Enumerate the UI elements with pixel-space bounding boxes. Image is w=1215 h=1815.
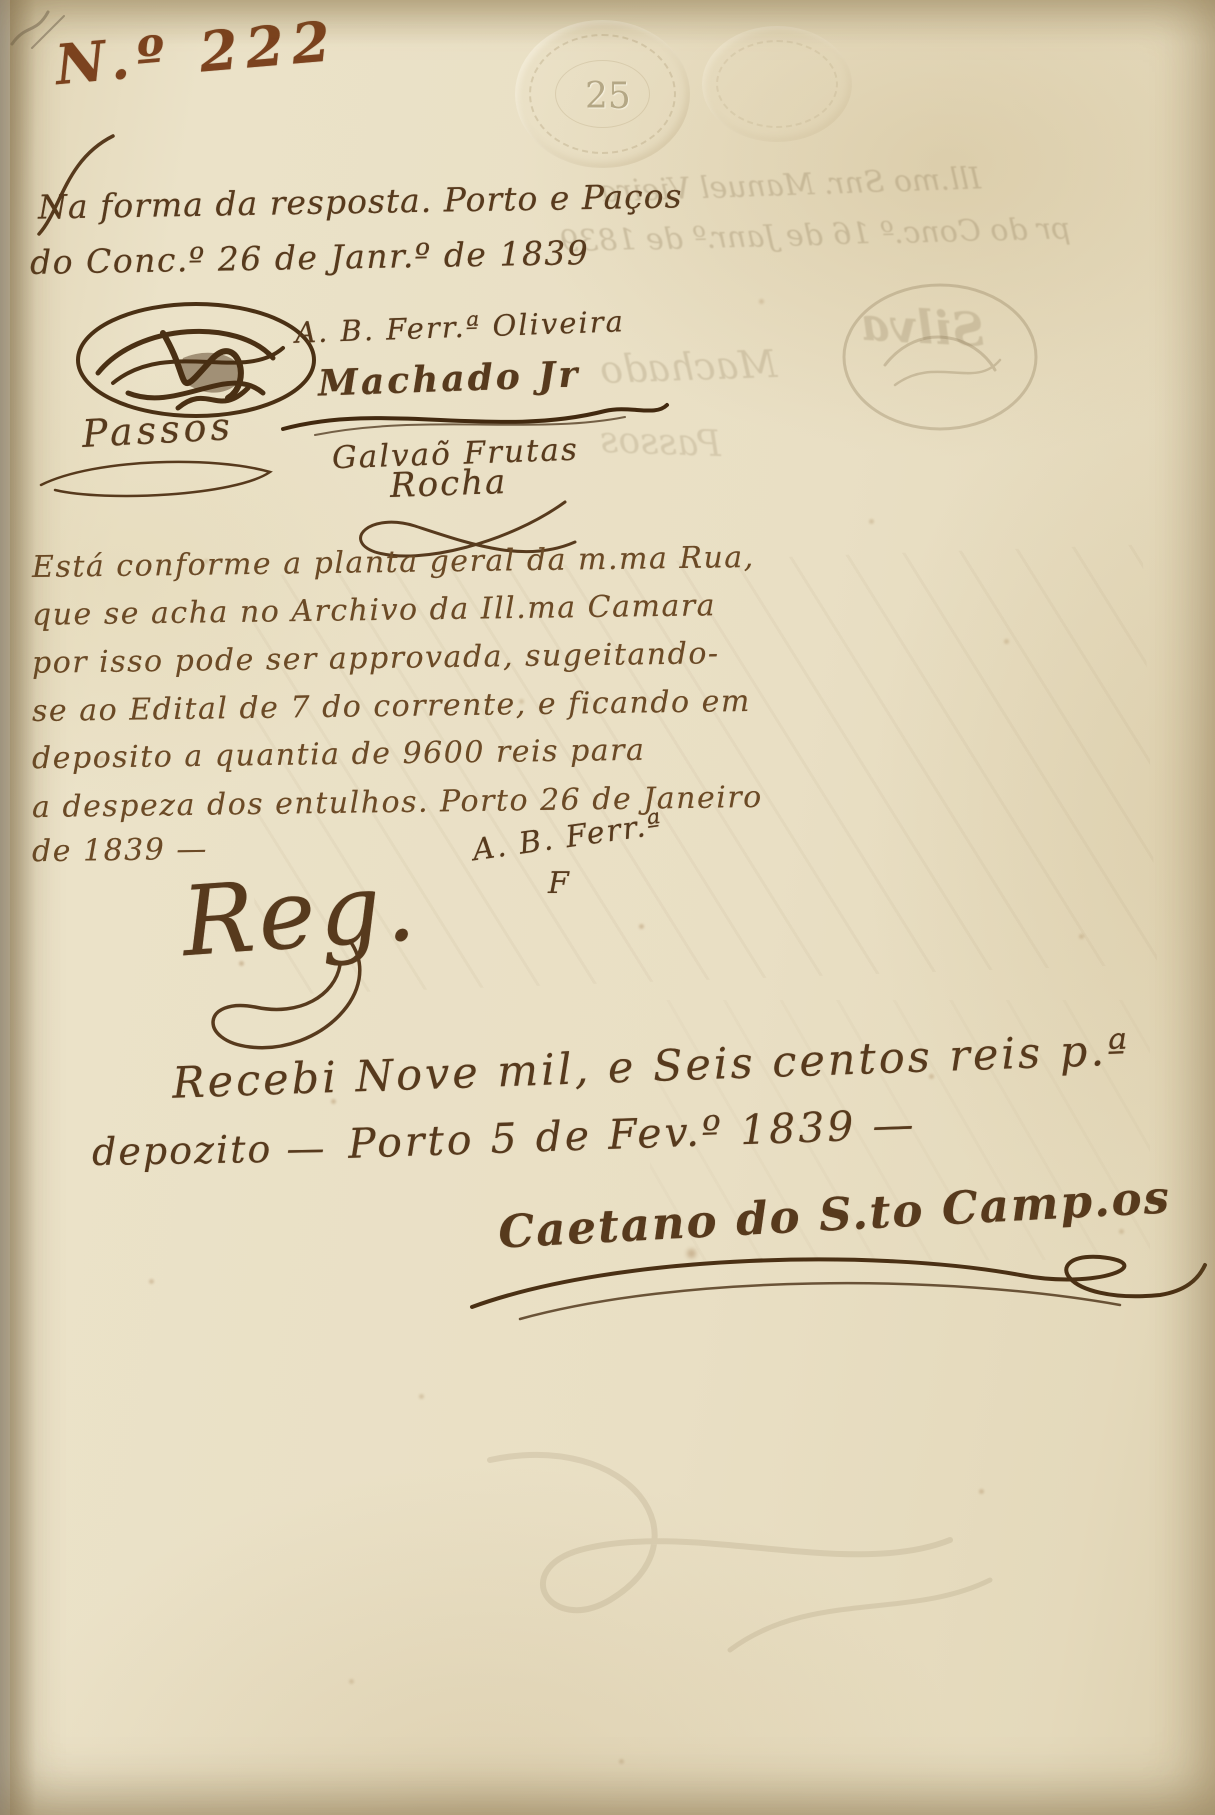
note-line-4: se ao Edital de 7 do corrente, e ficando… (32, 684, 751, 729)
seal-number: 25 (585, 76, 631, 117)
note-line-1: Está conforme a planta geral da m.ma Rua… (32, 540, 755, 585)
note-line-3: por isso pode ser approvada, sugeitando- (32, 636, 720, 681)
verso-showthrough-signature-2: Machado (599, 342, 778, 392)
scanner-bed-edge (0, 0, 10, 1815)
registry-mark-flourish (150, 935, 450, 1065)
signature-passos: Passos (81, 404, 235, 456)
passos-signature-flourish (35, 450, 285, 505)
note-line-2: que se acha no Archivo da Ill.ma Camara (32, 588, 717, 633)
note-paraph: F (548, 866, 569, 901)
embossed-seal-secondary-ring (716, 40, 838, 128)
verso-showthrough-line-2: pr do Conc.º 16 de Janr.º de 1839 (560, 211, 1071, 259)
receipt-signature-flourish (460, 1235, 1210, 1345)
receipt-line-2-right: Porto 5 de Fev.º 1839 — (347, 1100, 917, 1168)
document-number: N.º 222 (53, 8, 341, 97)
embossed-seal-secondary (702, 26, 852, 142)
heading-line-2: do Conc.º 26 de Janr.º de 1839 (30, 233, 590, 282)
verso-stamp-oval (835, 275, 1045, 440)
signature-oliveira: A. B. Ferr.ª Oliveira (295, 304, 626, 349)
note-line-5: deposito a quantia de 9600 reis para (32, 733, 646, 777)
receipt-line-2-left: depozito — (92, 1126, 327, 1174)
verso-bottom-flourish (430, 1420, 1030, 1680)
heading-line-1: Na forma da resposta. Porto e Paços (38, 176, 683, 226)
document-scan: Ill.mo Snr. Manuel Vieira pr do Conc.º 1… (0, 0, 1215, 1815)
note-line-7: de 1839 — (32, 832, 208, 869)
foxing-spots (0, 0, 3, 3)
